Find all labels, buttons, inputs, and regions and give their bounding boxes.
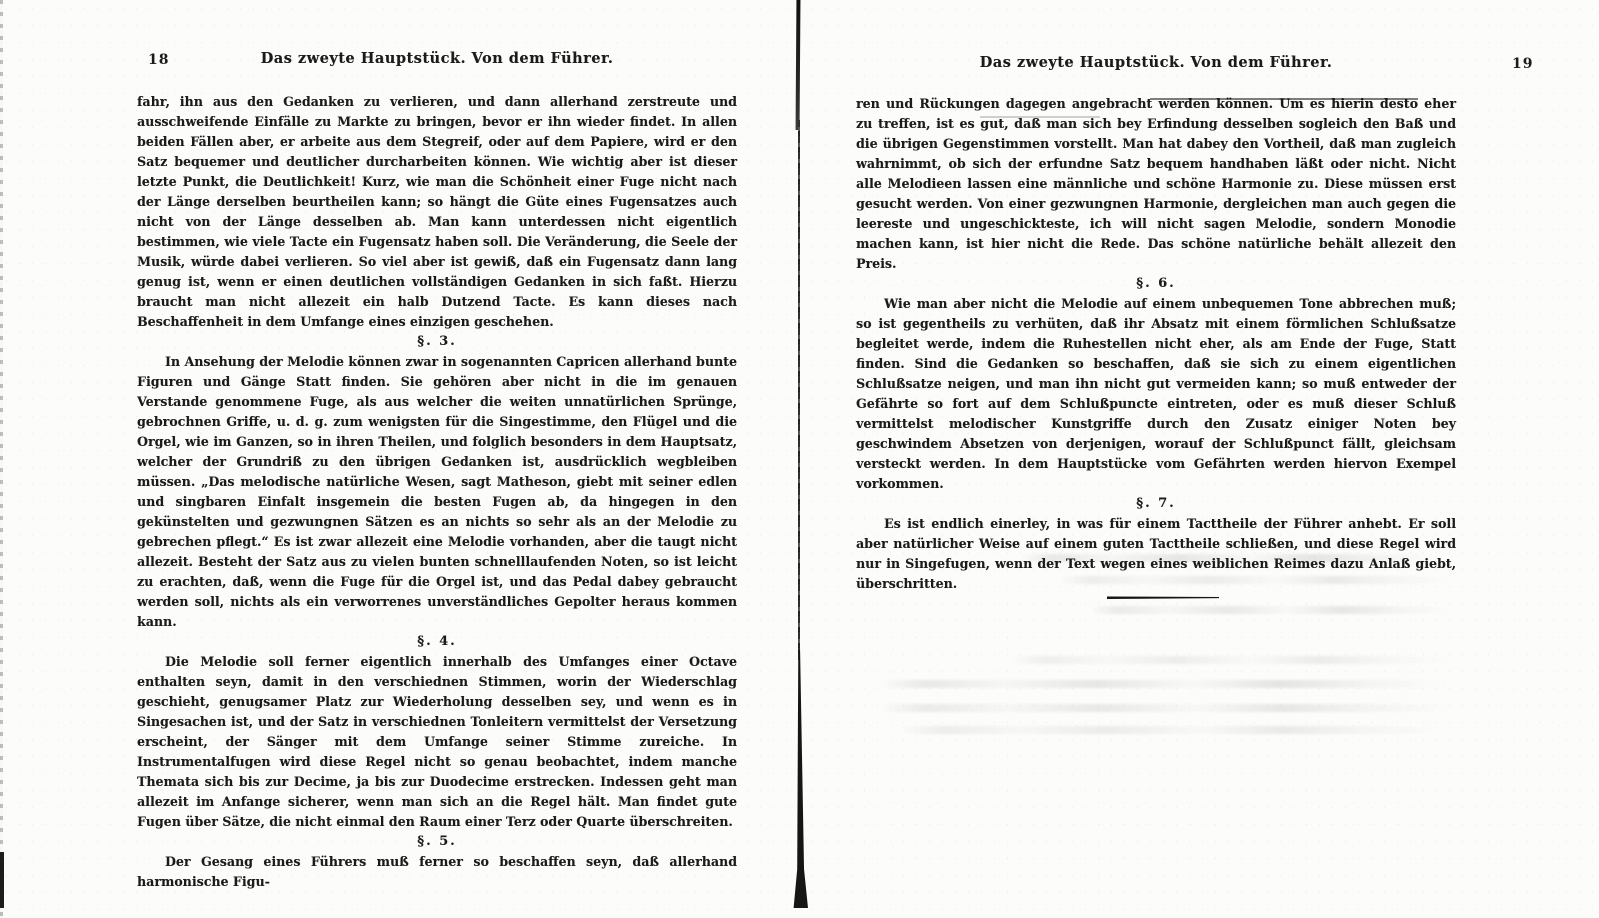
section-heading-7: §. 7. (856, 494, 1456, 514)
bleedthrough-ghost-text (900, 726, 1445, 734)
running-header-right: Das zweyte Hauptstück. Von dem Führer. (856, 54, 1456, 71)
scan-left-edge (0, 0, 3, 918)
scanned-book-spread: { "left_page": { "page_number": "18", "r… (0, 0, 1599, 918)
bleedthrough-ghost-text (880, 704, 1455, 712)
scan-ink-artifact (1150, 98, 1418, 100)
bleedthrough-ghost-text (1060, 576, 1450, 584)
page-number-right: 19 (1512, 56, 1533, 72)
paragraph-continuation: fahr, ihn aus den Gedanken zu verlieren,… (137, 92, 737, 332)
section-divider-rule (1107, 596, 1219, 599)
paragraph-section-3: In Ansehung der Melodie können zwar in s… (137, 352, 737, 632)
gutter-fold-line (796, 0, 801, 130)
bleedthrough-ghost-text (1020, 554, 1440, 562)
section-heading-4: §. 4. (137, 632, 737, 652)
scan-left-edge-mark (0, 852, 4, 908)
paragraph-section-5-start: Der Gesang eines Führers muß ferner so b… (137, 852, 737, 892)
paragraph-section-6: Wie man aber nicht die Melodie auf einem… (856, 294, 1456, 494)
paragraph-section-4: Die Melodie soll ferner eigentlich inner… (137, 652, 737, 832)
bleedthrough-ghost-text (880, 680, 1450, 688)
running-header-left: Das zweyte Hauptstück. Von dem Führer. (137, 50, 737, 67)
scan-ink-artifact (980, 116, 1100, 118)
page-body-right: ren und Rückungen dagegen angebracht wer… (856, 94, 1456, 594)
section-heading-5: §. 5. (137, 832, 737, 852)
section-heading-3: §. 3. (137, 332, 737, 352)
section-heading-6: §. 6. (856, 274, 1456, 294)
bleedthrough-ghost-text (1010, 656, 1450, 664)
gutter-fold-line (798, 120, 800, 660)
paragraph-continuation: ren und Rückungen dagegen angebracht wer… (856, 94, 1456, 274)
gutter-fold-shadow (790, 650, 808, 908)
bleedthrough-ghost-text (1090, 606, 1450, 614)
page-body-left: fahr, ihn aus den Gedanken zu verlieren,… (137, 92, 737, 892)
